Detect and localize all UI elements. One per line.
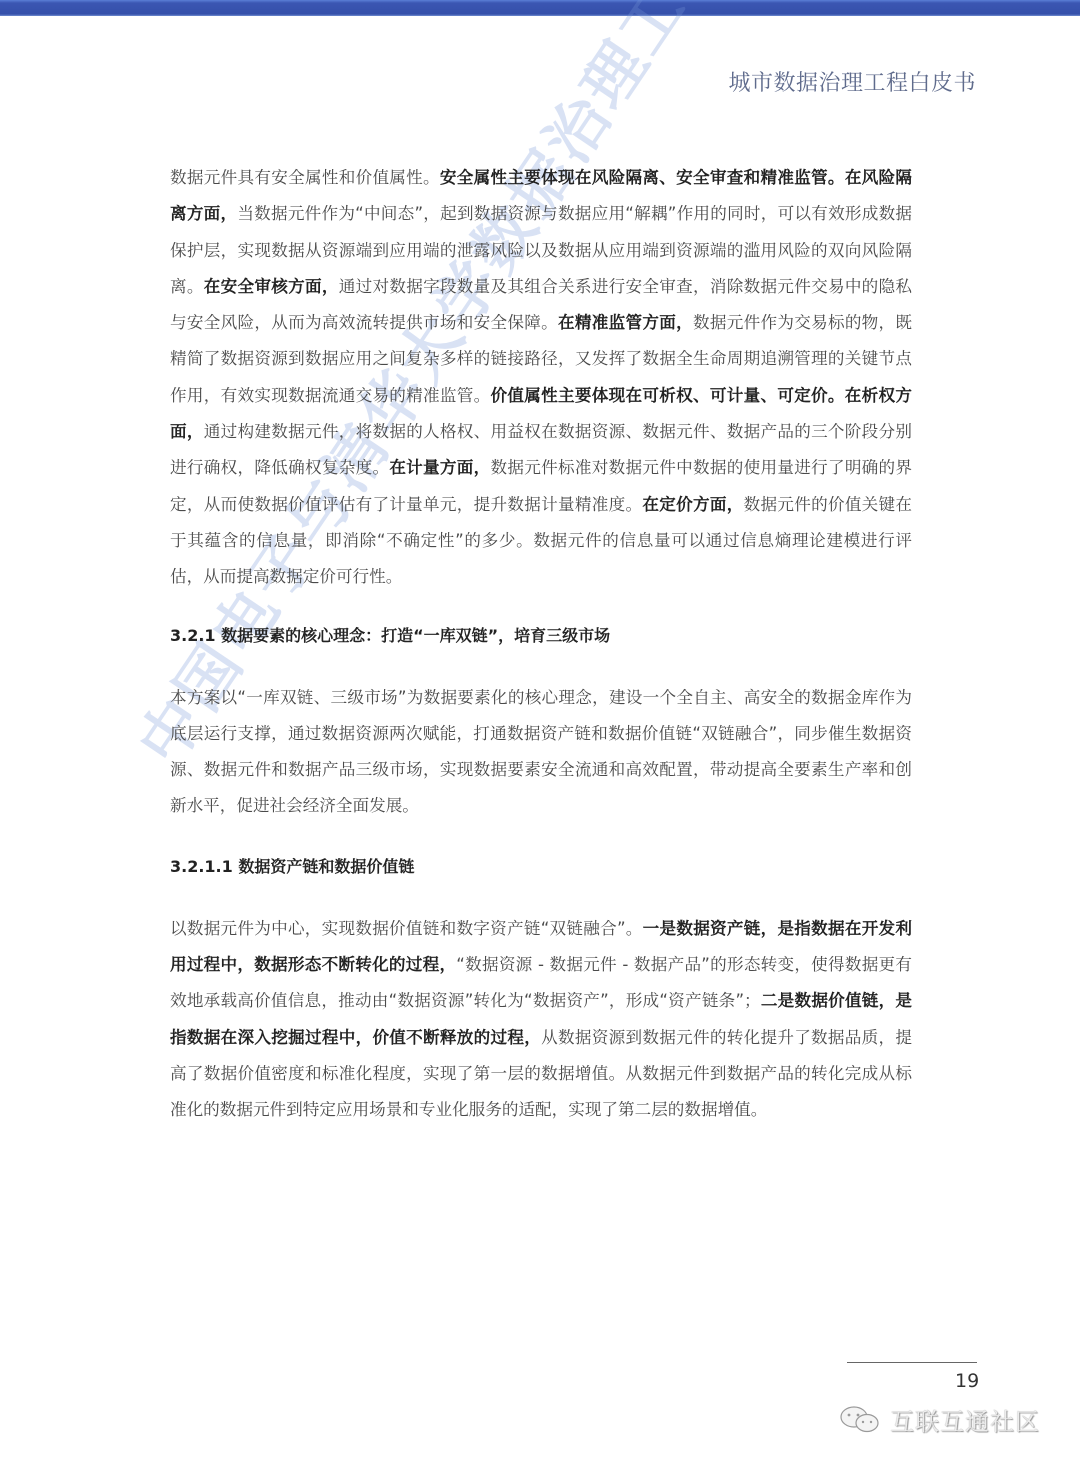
paragraph-core-concept: 本方案以“一库双链、三级市场”为数据要素化的核心理念，建设一个全自主、高安全的数…	[170, 680, 912, 825]
header-color-bar	[0, 0, 1080, 16]
emphasis-text: 在定价方面，	[642, 495, 743, 514]
wechat-icon	[838, 1405, 882, 1435]
paragraph-data-element-attributes: 数据元件具有安全属性和价值属性。安全属性主要体现在风险隔离、安全审查和精准监管。…	[170, 160, 912, 596]
footer-divider	[847, 1362, 977, 1363]
section-heading-3-2-1: 3.2.1 数据要素的核心理念：打造“一库双链”，培育三级市场	[170, 618, 912, 654]
paragraph-asset-value-chain: 以数据元件为中心，实现数据价值链和数字资产链“双链融合”。一是数据资产链，是指数…	[170, 911, 912, 1129]
emphasis-text: 在精准监管方面，	[558, 313, 693, 332]
emphasis-text: 安全属性主要体现在风险隔离、安全审查和精准监管。	[440, 168, 845, 187]
source-brand-name: 互联互通社区	[890, 1402, 1040, 1437]
body-text: 本方案以“一库双链、三级市场”为数据要素化的核心理念，建设一个全自主、高安全的数…	[170, 688, 912, 816]
emphasis-text: 在安全审核方面，	[204, 277, 339, 296]
body-text: 数据元件具有安全属性和价值属性。	[170, 168, 440, 187]
emphasis-text: 在计量方面，	[389, 458, 490, 477]
document-title: 城市数据治理工程白皮书	[728, 66, 976, 97]
body-text: 以数据元件为中心，实现数据价值链和数字资产链“双链融合”。	[170, 919, 643, 938]
wechat-source-badge: 互联互通社区	[838, 1402, 1040, 1437]
page-number: 19	[955, 1370, 979, 1392]
section-heading-3-2-1-1: 3.2.1.1 数据资产链和数据价值链	[170, 849, 912, 885]
page-body: 数据元件具有安全属性和价值属性。安全属性主要体现在风险隔离、安全审查和精准监管。…	[170, 160, 912, 1129]
